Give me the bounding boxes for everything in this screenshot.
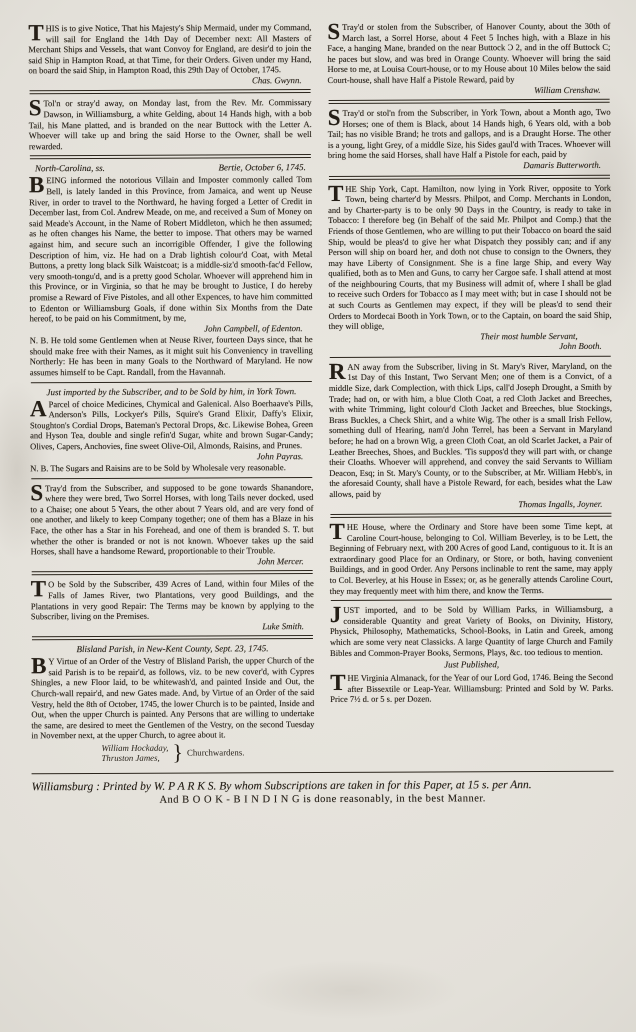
- churchwarden-names: William Hockaday, Thruston James,: [101, 743, 168, 764]
- notice-text: EING informed the notorious Villain and …: [29, 174, 313, 323]
- notice-body: THIS is to give Notice, That his Majesty…: [28, 22, 311, 76]
- ad-stolen-gelding: STol'n or stray'd away, on Monday last, …: [29, 98, 312, 152]
- ad-text: HE House, where the Ordinary and Store h…: [330, 521, 613, 596]
- section-rule: [329, 174, 610, 179]
- notice-text: HE Virginia Almanack, for the Year of ou…: [330, 672, 613, 704]
- drop-cap: S: [327, 22, 342, 41]
- drop-cap: S: [30, 483, 45, 502]
- drop-cap: T: [328, 183, 345, 202]
- printed-area: THIS is to give Notice, That his Majesty…: [28, 21, 613, 808]
- signature: Chas. Gwynn.: [29, 75, 312, 87]
- notice-blisland-parish: Blisland Parish, in New-Kent County, Sep…: [31, 643, 315, 764]
- section-rule: [32, 570, 313, 575]
- ad-text: Tray'd from the Subscriber, and supposed…: [30, 482, 313, 557]
- drop-cap: A: [30, 399, 49, 418]
- notice-dateline: North-Carolina, ss. Bertie, October 6, 1…: [29, 162, 312, 174]
- dateline-date: Bertie, October 6, 1745.: [218, 163, 306, 174]
- ad-body: STray'd or stolen from the Subscriber, o…: [327, 21, 610, 86]
- ad-house-to-let: THE House, where the Ordinary and Store …: [329, 521, 612, 596]
- churchwarden-name: William Hockaday,: [101, 743, 168, 754]
- ad-books-imported: JUST imported, and to be Sold by William…: [330, 604, 613, 671]
- section-rule: [32, 635, 313, 640]
- signature: John Mercer.: [31, 556, 314, 568]
- signature: William Crenshaw.: [328, 84, 611, 96]
- ad-text: UST imported, and to be Sold by William …: [330, 604, 613, 658]
- section-rule: [331, 599, 612, 601]
- notice-text: Y Virtue of an Order of the Vestry of Bl…: [31, 655, 314, 740]
- notice-virginia-almanack: THE Virginia Almanack, for the Year of o…: [330, 672, 613, 705]
- newspaper-page: THIS is to give Notice, That his Majesty…: [0, 0, 636, 1032]
- notice-text: HE Ship York, Capt. Hamilton, now lying …: [328, 182, 612, 331]
- churchwarden-name: Thruston James,: [102, 753, 169, 764]
- notice-body: THE Ship York, Capt. Hamilton, now lying…: [328, 182, 612, 332]
- section-rule: [31, 477, 312, 479]
- printer-imprint: Williamsburg : Printed by W. P A R K S. …: [32, 771, 614, 808]
- section-rule: [330, 356, 611, 358]
- nota-bene: N. B. He told some Gentlemen when at Neu…: [30, 334, 313, 378]
- ad-land-for-sale: TO be Sold by the Subscriber, 439 Acres …: [31, 578, 314, 632]
- notice-body: BY Virtue of an Order of the Vestry of B…: [31, 655, 314, 741]
- drop-cap: R: [329, 362, 348, 381]
- notice-dateline: Blisland Parish, in New-Kent County, Sep…: [31, 643, 314, 655]
- signature: John Booth.: [329, 341, 612, 353]
- paper-stain: [240, 960, 460, 1020]
- notice-body: BEING informed the notorious Villain and…: [29, 174, 313, 324]
- notice-text: HIS is to give Notice, That his Majesty'…: [28, 22, 311, 76]
- drop-cap: B: [31, 656, 48, 675]
- ad-body: STol'n or stray'd away, on Monday last, …: [29, 98, 312, 152]
- imprint-line-1: Williamsburg : Printed by W. P A R K S. …: [32, 778, 614, 795]
- ad-heading: Just imported by the Subscriber, and to …: [30, 386, 313, 398]
- signature: Thomas Ingalls, Joyner.: [329, 498, 612, 510]
- dateline-place: North-Carolina, ss.: [35, 163, 105, 174]
- notice-tom-bell: North-Carolina, ss. Bertie, October 6, 1…: [29, 162, 313, 377]
- churchwardens-signature: William Hockaday, Thruston James, } Chur…: [31, 742, 314, 764]
- ad-text: Parcel of choice Medicines, Chymical and…: [30, 398, 313, 452]
- section-rule: [31, 381, 312, 383]
- notice-body: THE Virginia Almanack, for the Year of o…: [330, 672, 613, 705]
- drop-cap: J: [330, 605, 344, 624]
- churchwardens-label: Churchwardens.: [187, 748, 244, 758]
- drop-cap: T: [28, 23, 45, 42]
- signature: John Payras.: [30, 451, 313, 463]
- signature: Damaris Butterworth.: [328, 160, 611, 172]
- signature: Luke Smith.: [31, 621, 314, 633]
- ad-body: THE House, where the Ordinary and Store …: [329, 521, 612, 596]
- drop-cap: S: [328, 108, 343, 127]
- imprint-line-2: And B O O K - B I N D I N G is done reas…: [32, 792, 614, 808]
- ad-medicines-imported: Just imported by the Subscriber, and to …: [30, 386, 313, 474]
- ad-text: AN away from the Subscriber, living in S…: [329, 361, 612, 499]
- ad-text: Tray'd or stol'n from the Subscriber, in…: [328, 107, 611, 161]
- nota-bene: N. B. The Sugars and Raisins are to be S…: [30, 462, 313, 474]
- ad-strayed-horse-hanover: STray'd or stolen from the Subscriber, o…: [327, 21, 610, 96]
- left-column: THIS is to give Notice, That his Majesty…: [28, 22, 314, 766]
- brace-glyph: }: [172, 743, 183, 763]
- notice-ship-mermaid: THIS is to give Notice, That his Majesty…: [28, 22, 311, 87]
- ad-body: STray'd or stol'n from the Subscriber, i…: [328, 107, 611, 161]
- section-rule: [30, 154, 311, 159]
- ad-body: A Parcel of choice Medicines, Chymical a…: [30, 398, 313, 452]
- ad-text: Tray'd or stolen from the Subscriber, of…: [327, 21, 610, 85]
- drop-cap: S: [29, 99, 44, 118]
- ad-body: TO be Sold by the Subscriber, 439 Acres …: [31, 578, 314, 622]
- ad-body: JUST imported, and to be Sold by William…: [330, 604, 613, 658]
- ad-runaway-servants: RAN away from the Subscriber, living in …: [329, 361, 613, 510]
- ad-text: Tol'n or stray'd away, on Monday last, f…: [29, 98, 312, 152]
- drop-cap: T: [31, 580, 48, 599]
- column-layout: THIS is to give Notice, That his Majesty…: [28, 21, 613, 767]
- ad-strayed-horses-yorktown: STray'd or stol'n from the Subscriber, i…: [328, 107, 611, 172]
- ad-strayed-sorrel-horses: STray'd from the Subscriber, and suppose…: [30, 482, 313, 568]
- notice-ship-york: THE Ship York, Capt. Hamilton, now lying…: [328, 182, 612, 353]
- ad-body: RAN away from the Subscriber, living in …: [329, 361, 613, 500]
- section-rule: [30, 90, 311, 95]
- just-published-heading: Just Published,: [330, 659, 613, 671]
- signature: John Campbell, of Edenton.: [30, 323, 313, 335]
- ad-body: STray'd from the Subscriber, and suppose…: [30, 482, 313, 557]
- section-rule: [329, 99, 610, 104]
- drop-cap: T: [330, 673, 347, 692]
- right-column: STray'd or stolen from the Subscriber, o…: [327, 21, 613, 765]
- drop-cap: T: [329, 522, 346, 541]
- section-rule: [330, 513, 611, 518]
- ad-text: O be Sold by the Subscriber, 439 Acres o…: [31, 578, 314, 621]
- footer-rule: [32, 771, 614, 775]
- drop-cap: B: [29, 176, 46, 195]
